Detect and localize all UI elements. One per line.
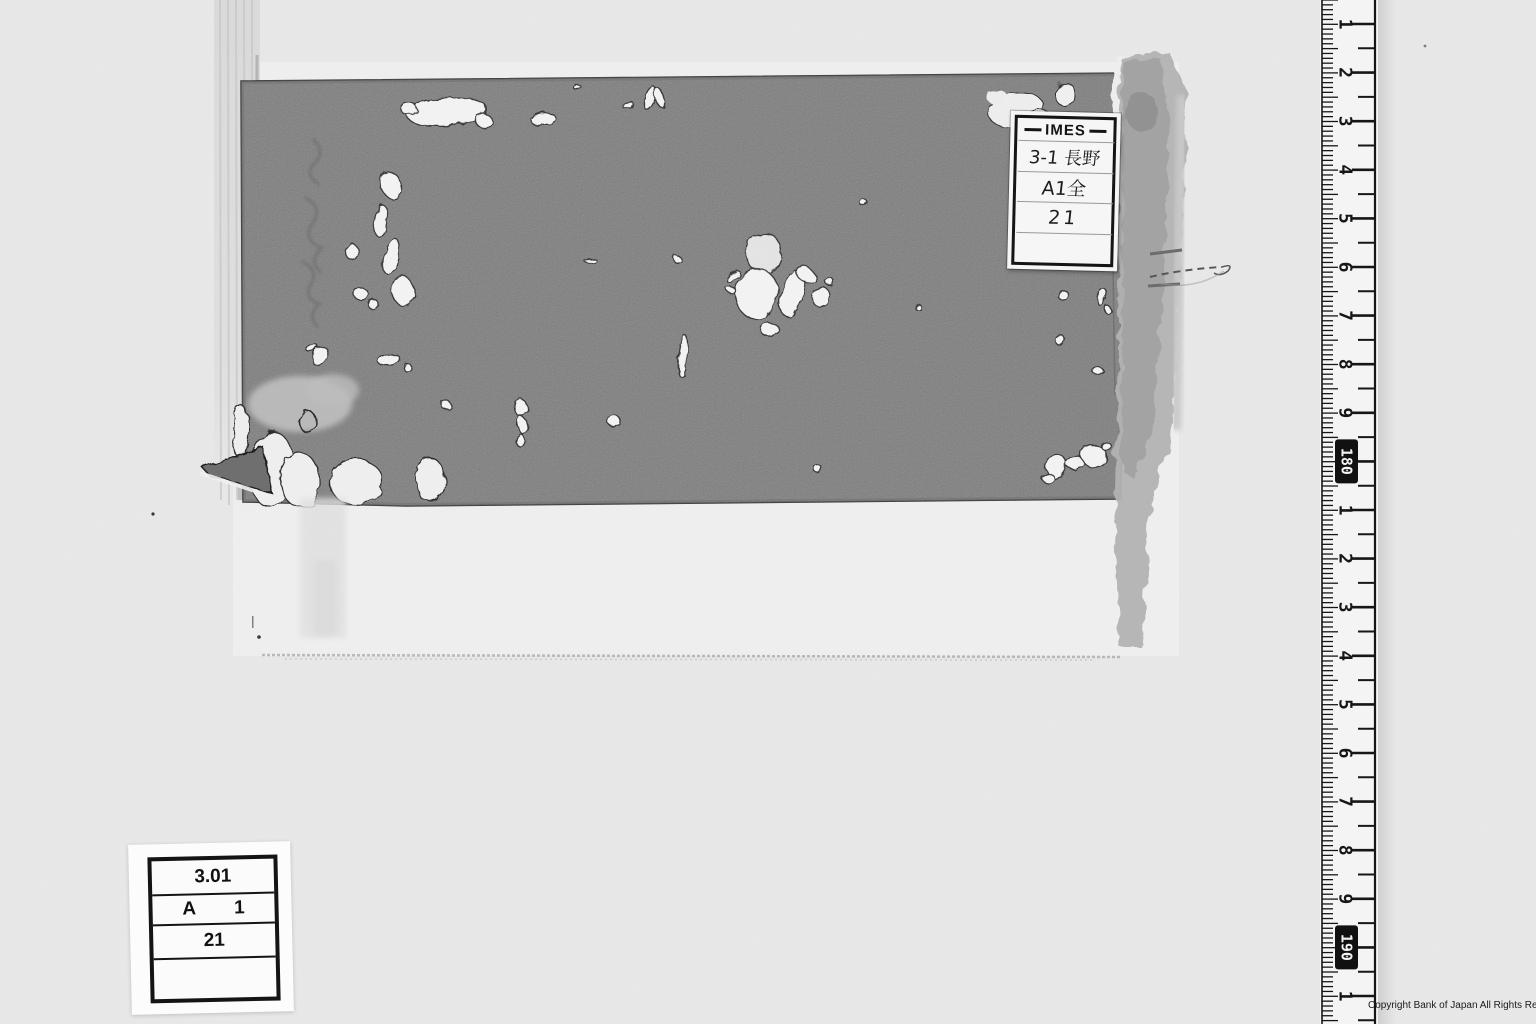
imes-row-class: A1全 bbox=[1014, 170, 1113, 203]
id-row-empty bbox=[154, 956, 277, 1000]
svg-text:1: 1 bbox=[1335, 991, 1356, 1002]
svg-text:1: 1 bbox=[1335, 505, 1356, 516]
svg-text:5: 5 bbox=[1335, 699, 1356, 710]
svg-text:2: 2 bbox=[1335, 553, 1356, 564]
svg-text:9: 9 bbox=[1335, 893, 1356, 904]
id-card: 3.01 A 1 21 bbox=[128, 841, 294, 1015]
svg-text:2: 2 bbox=[1335, 67, 1356, 78]
svg-text:1: 1 bbox=[1335, 19, 1356, 30]
svg-text:180: 180 bbox=[1338, 448, 1356, 475]
id-row-code: 3.01 bbox=[151, 859, 274, 895]
header-rule-left bbox=[1024, 128, 1041, 131]
imes-label-title: IMES bbox=[1045, 121, 1086, 139]
id-row-number: 21 bbox=[153, 922, 276, 959]
imes-row-number: 21 bbox=[1014, 201, 1113, 234]
id-card-table: 3.01 A 1 21 bbox=[147, 854, 280, 1003]
id-code-value: 3.01 bbox=[194, 865, 231, 888]
imes-label-card: IMES 3-1 長野 A1全 21 bbox=[1007, 111, 1121, 272]
svg-text:5: 5 bbox=[1335, 213, 1356, 224]
svg-text:7: 7 bbox=[1335, 310, 1356, 321]
copyright-notice: Copyright Bank of Japan All Rights Reser… bbox=[1368, 1000, 1536, 1011]
svg-text:8: 8 bbox=[1335, 359, 1356, 370]
ruler: 1234567891801234567891901 bbox=[1318, 0, 1388, 1024]
id-series-number: 1 bbox=[234, 897, 245, 919]
svg-text:9: 9 bbox=[1335, 407, 1356, 418]
svg-text:190: 190 bbox=[1338, 934, 1356, 961]
svg-text:6: 6 bbox=[1335, 748, 1356, 759]
id-series-gap bbox=[196, 908, 234, 909]
imes-row-empty bbox=[1013, 231, 1112, 264]
imes-row-location: 3-1 長野 bbox=[1015, 140, 1114, 173]
svg-text:3: 3 bbox=[1335, 116, 1356, 127]
svg-text:8: 8 bbox=[1335, 845, 1356, 856]
svg-text:6: 6 bbox=[1335, 262, 1356, 273]
scan-canvas: 1234567891801234567891901 IMES 3-1 長野 A1… bbox=[0, 0, 1536, 1024]
header-rule-right bbox=[1090, 129, 1107, 132]
svg-text:3: 3 bbox=[1335, 602, 1356, 613]
svg-text:4: 4 bbox=[1335, 650, 1356, 661]
imes-label-header: IMES bbox=[1017, 118, 1114, 142]
id-number-value: 21 bbox=[203, 930, 225, 952]
id-row-series: A 1 bbox=[152, 892, 275, 925]
imes-label-frame: IMES 3-1 長野 A1全 21 bbox=[1011, 115, 1117, 267]
ruler-scale: 1234567891801234567891901 bbox=[1318, 0, 1388, 1024]
svg-text:4: 4 bbox=[1335, 164, 1356, 175]
id-series-letter: A bbox=[182, 898, 196, 920]
svg-text:7: 7 bbox=[1335, 796, 1356, 807]
